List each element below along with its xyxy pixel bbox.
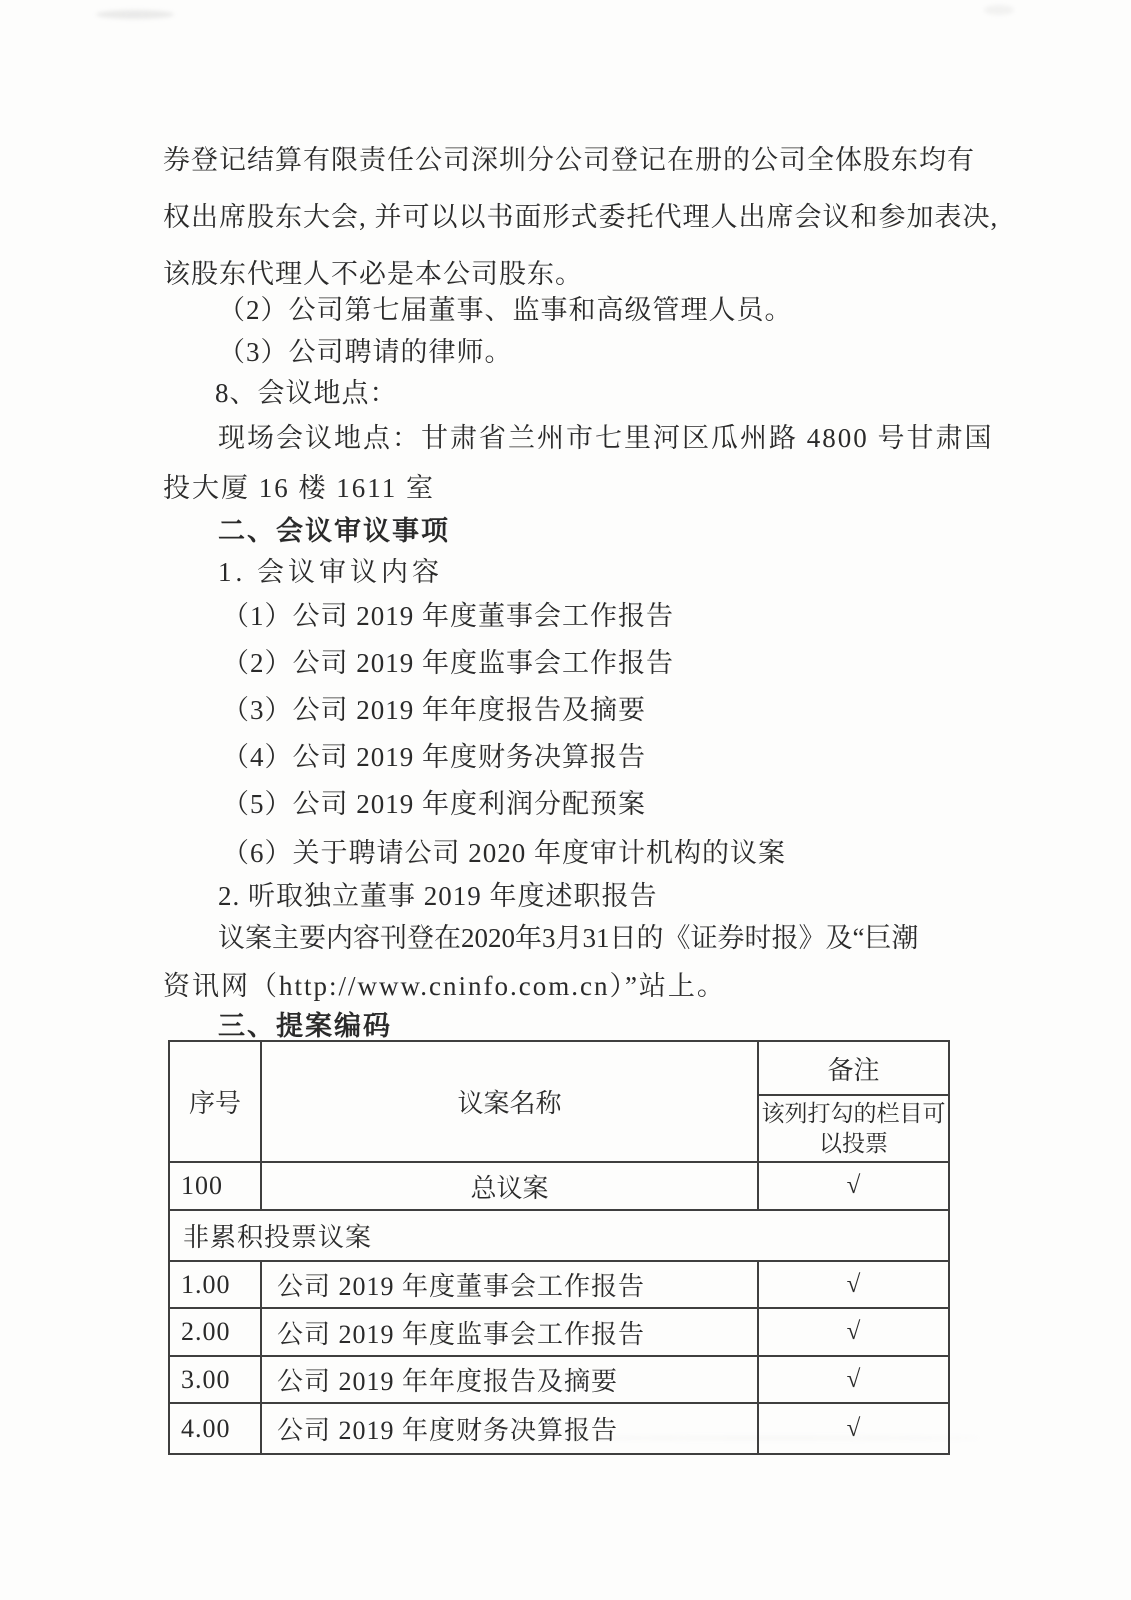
- group-label: 非累积投票议案: [169, 1210, 949, 1261]
- checkmark: √: [758, 1403, 949, 1454]
- review-item: （5）公司 2019 年度利润分配预案: [222, 785, 646, 823]
- table-header-name: 议案名称: [261, 1041, 758, 1162]
- checkmark: √: [758, 1162, 949, 1210]
- table-header-remark-note: 该列打勾的栏目可以投票: [758, 1095, 949, 1162]
- cell-seq: 2.00: [169, 1308, 261, 1356]
- cell-proposal-name: 公司 2019 年度财务决算报告: [261, 1403, 758, 1454]
- table-row: 2.00 公司 2019 年度监事会工作报告 √: [169, 1308, 949, 1356]
- checkmark: √: [758, 1356, 949, 1403]
- table-header-seq: 序号: [169, 1041, 261, 1162]
- list-item-attendee-2: （2）公司第七届董事、监事和高级管理人员。: [218, 291, 793, 329]
- proposal-code-table: 序号 议案名称 备注 该列打勾的栏目可以投票 100 总议案 √ 非累积投票议案…: [168, 1040, 950, 1455]
- cell-proposal-name: 公司 2019 年度董事会工作报告: [261, 1261, 758, 1308]
- table-row-group-label: 非累积投票议案: [169, 1210, 949, 1261]
- paragraph-line: 该股东代理人不必是本公司股东。: [163, 255, 583, 293]
- review-item: （1）公司 2019 年度董事会工作报告: [222, 597, 674, 635]
- review-item: （3）公司 2019 年年度报告及摘要: [222, 691, 646, 729]
- cell-seq: 100: [169, 1162, 261, 1210]
- paragraph-line: 权出席股东大会, 并可以以书面形式委托代理人出席会议和参加表决,: [163, 198, 998, 236]
- table-header-row: 序号 议案名称 备注: [169, 1041, 949, 1095]
- review-item: （4）公司 2019 年度财务决算报告: [222, 738, 646, 776]
- cell-proposal-name: 总议案: [261, 1162, 758, 1210]
- list-item-attendee-3: （3）公司聘请的律师。: [218, 333, 513, 371]
- cell-proposal-name: 公司 2019 年年度报告及摘要: [261, 1356, 758, 1403]
- meeting-location-line: 投大厦 16 楼 1611 室: [163, 469, 435, 507]
- meeting-location-heading: 8、会议地点：: [215, 374, 398, 412]
- cell-proposal-name: 公司 2019 年度监事会工作报告: [261, 1308, 758, 1356]
- paragraph-line: 券登记结算有限责任公司深圳分公司登记在册的公司全体股东均有: [163, 141, 975, 179]
- cell-seq: 3.00: [169, 1356, 261, 1403]
- section-heading-review: 二、会议审议事项: [218, 512, 450, 550]
- disclosure-line-url: 资讯网（http://www.cninfo.com.cn）”站上。: [163, 967, 726, 1005]
- cell-seq: 1.00: [169, 1261, 261, 1308]
- disclosure-line: 议案主要内容刊登在2020年3月31日的《证券时报》及“巨潮: [218, 919, 918, 957]
- checkmark: √: [758, 1261, 949, 1308]
- table-row: 1.00 公司 2019 年度董事会工作报告 √: [169, 1261, 949, 1308]
- cell-seq: 4.00: [169, 1403, 261, 1454]
- meeting-location-line: 现场会议地点：甘肃省兰州市七里河区瓜州路 4800 号甘肃国: [218, 419, 994, 457]
- table-header-remark: 备注: [758, 1041, 949, 1095]
- table-row-general: 100 总议案 √: [169, 1162, 949, 1210]
- scan-smudge: [96, 10, 174, 19]
- table-row: 3.00 公司 2019 年年度报告及摘要 √: [169, 1356, 949, 1403]
- checkmark: √: [758, 1308, 949, 1356]
- review-item: （6）关于聘请公司 2020 年度审计机构的议案: [222, 834, 786, 872]
- subheading-review-content: 1. 会议审议内容: [218, 553, 443, 591]
- review-item: （2）公司 2019 年度监事会工作报告: [222, 644, 674, 682]
- table-row: 4.00 公司 2019 年度财务决算报告 √: [169, 1403, 949, 1454]
- subheading-independent-director-report: 2. 听取独立董事 2019 年度述职报告: [218, 877, 658, 915]
- scanned-document-page: 券登记结算有限责任公司深圳分公司登记在册的公司全体股东均有 权出席股东大会, 并…: [0, 0, 1131, 1600]
- scan-smudge: [984, 5, 1014, 15]
